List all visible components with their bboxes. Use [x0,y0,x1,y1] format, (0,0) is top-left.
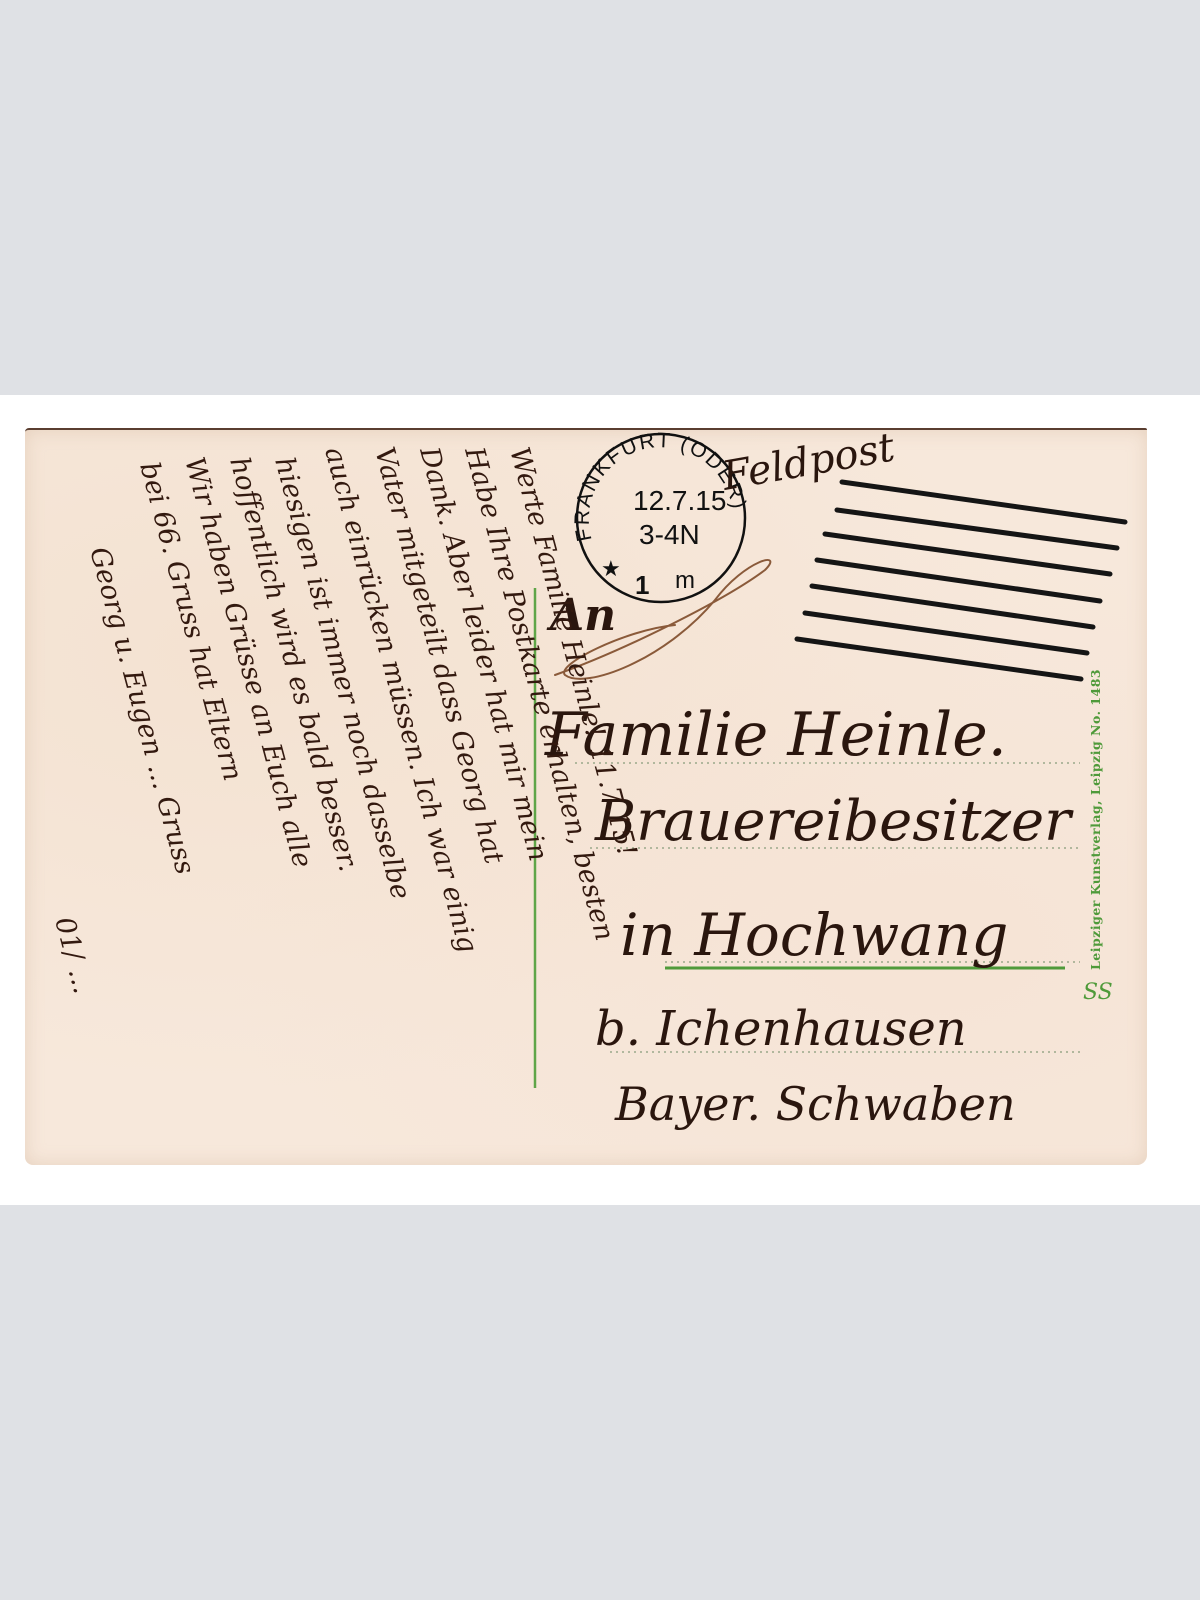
postcard: FRANKFURT (ODER) 12.7.15 3-4N ★ 1 m Feld… [25,428,1147,1165]
address-line-2: Brauereibesitzer [594,789,1074,854]
address-line-5: Bayer. Schwaben [614,1077,1016,1131]
svg-text:3-4N: 3-4N [639,519,700,550]
svg-text:m: m [675,567,695,594]
publisher-imprint: Leipziger Kunstverlag, Leipzig No. 1483 [1088,669,1103,970]
svg-text:01/ ...: 01/ ... [48,914,98,997]
svg-text:★: ★ [601,556,621,581]
postcard-artwork: FRANKFURT (ODER) 12.7.15 3-4N ★ 1 m Feld… [25,430,1147,1165]
cancel-bars [797,482,1125,679]
address-line-3: in Hochwang [620,901,1008,969]
message-body: Werte Familie Heinle! 11.7.15! Habe Ihre… [48,443,642,997]
address-line-4: b. Ichenhausen [595,1001,967,1057]
svg-text:12.7.15: 12.7.15 [633,485,726,516]
feldpost-label: Feldpost [718,430,899,500]
publisher-logo-icon: SS [1083,980,1113,1005]
svg-text:1: 1 [635,570,649,600]
